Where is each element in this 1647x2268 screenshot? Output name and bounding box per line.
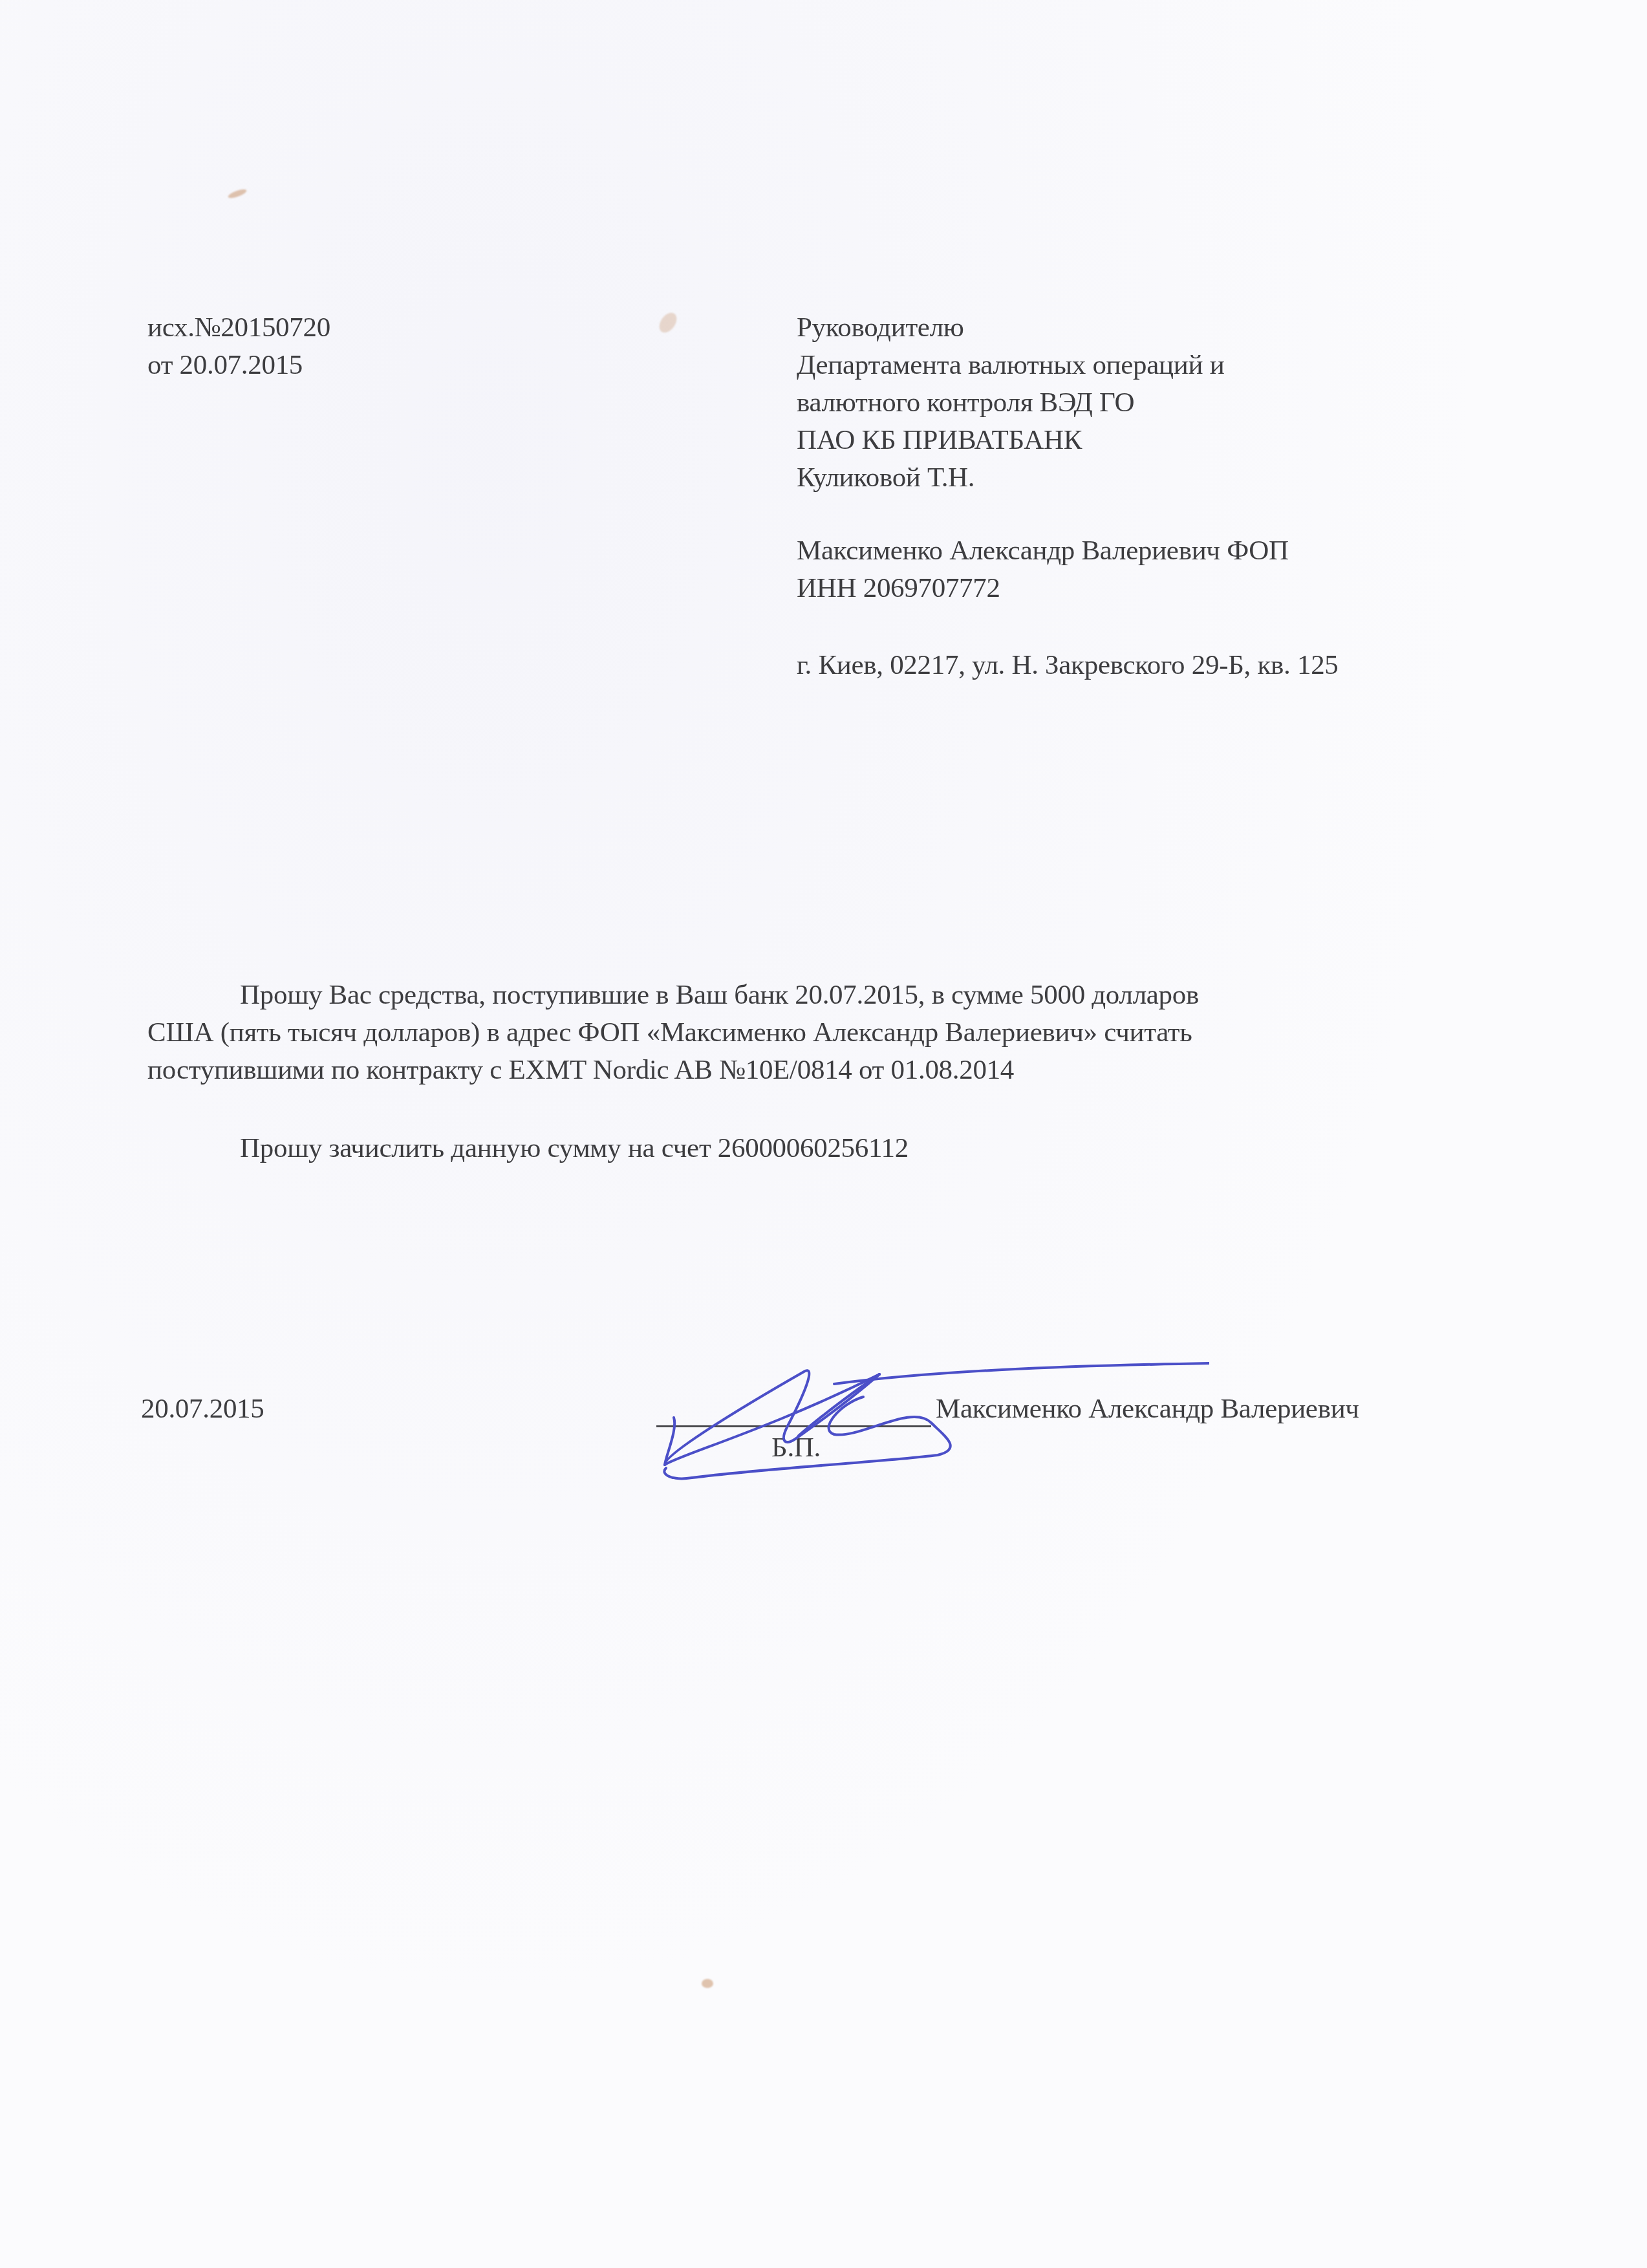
body-line: Прошу Вас средства, поступившие в Ваш ба… <box>147 977 1199 1014</box>
signature-date: 20.07.2015 <box>141 1390 264 1428</box>
outgoing-reference: исх.№20150720 от 20.07.2015 <box>147 309 330 384</box>
scanned-document-page: исх.№20150720 от 20.07.2015 Руководителю… <box>0 0 1647 2268</box>
paper-stain-mark <box>656 310 680 336</box>
body-line: США (пять тысяч долларов) в адрес ФОП «М… <box>147 1014 1199 1052</box>
signature-underline <box>656 1425 931 1427</box>
addressee-line: Департамента валютных операций и <box>797 347 1224 384</box>
signer-name: Максименко Александр Валериевич <box>936 1390 1359 1428</box>
body-line: поступившими по контракту с EXMT Nordic … <box>147 1052 1199 1089</box>
addressee-line: Руководителю <box>797 309 1224 347</box>
body-paragraph: Прошу Вас средства, поступившие в Ваш ба… <box>147 977 1199 1089</box>
paper-stain-mark <box>702 1979 713 1988</box>
addressee-line: Куликовой Т.Н. <box>797 459 1224 497</box>
paper-stain-mark <box>227 188 247 200</box>
stamp-place-mark: Б.П. <box>771 1429 821 1467</box>
addressee-line: ПАО КБ ПРИВАТБАНК <box>797 422 1224 459</box>
account-request-line: Прошу зачислить данную сумму на счет 260… <box>240 1130 909 1167</box>
outgoing-date: от 20.07.2015 <box>147 347 330 384</box>
sender-address: г. Киев, 02217, ул. Н. Закревского 29-Б,… <box>797 647 1339 684</box>
addressee-block: Руководителю Департамента валютных опера… <box>797 309 1224 497</box>
outgoing-number: исх.№20150720 <box>147 309 330 347</box>
sender-inn: ИНН 2069707772 <box>797 570 1289 607</box>
sender-address-block: г. Киев, 02217, ул. Н. Закревского 29-Б,… <box>797 647 1339 684</box>
addressee-line: валютного контроля ВЭД ГО <box>797 384 1224 422</box>
sender-name: Максименко Александр Валериевич ФОП <box>797 532 1289 570</box>
sender-block: Максименко Александр Валериевич ФОП ИНН … <box>797 532 1289 607</box>
